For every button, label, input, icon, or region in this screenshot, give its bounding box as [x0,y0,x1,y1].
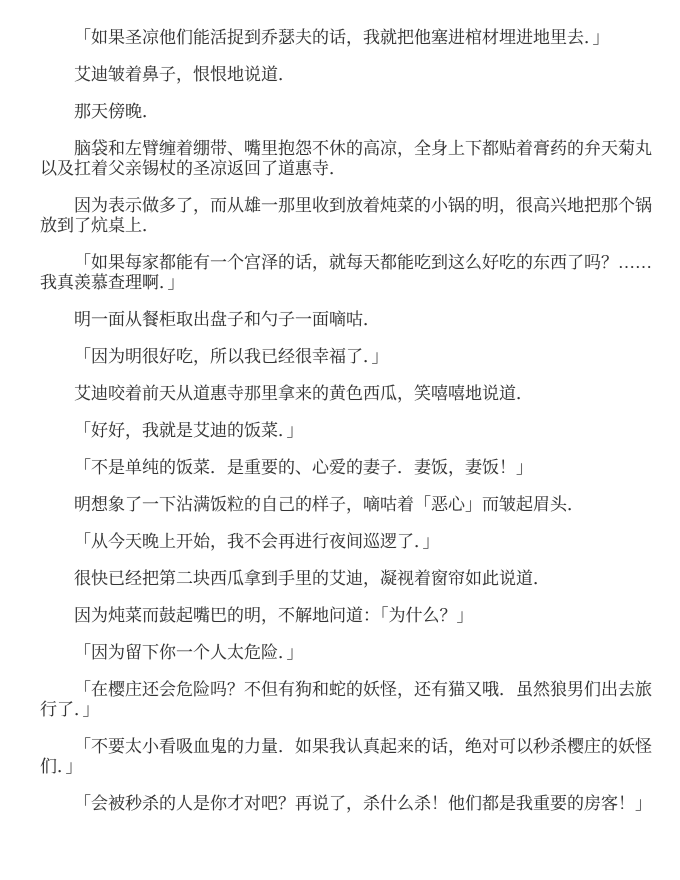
paragraph: 「如果圣凉他们能活捉到乔瑟夫的话，我就把他塞进棺材埋进地里去．」 [40,28,652,48]
paragraph: 艾迪咬着前天从道惠寺那里拿来的黄色西瓜，笑嘻嘻地说道． [40,384,652,404]
paragraph: 「不要太小看吸血鬼的力量．如果我认真起来的话，绝对可以秒杀樱庄的妖怪们．」 [40,737,652,777]
paragraph: 「因为明很好吃，所以我已经很幸福了．」 [40,347,652,367]
paragraph: 「因为留下你一个人太危险．」 [40,643,652,663]
paragraph: 脑袋和左臂缠着绷带、嘴里抱怨不休的高凉，全身上下都贴着膏药的弁天菊丸以及扛着父亲… [40,139,652,179]
paragraph: 那天傍晚． [40,102,652,122]
paragraph: 「从今天晚上开始，我不会再进行夜间巡逻了．」 [40,532,652,552]
paragraph: 很快已经把第二块西瓜拿到手里的艾迪，凝视着窗帘如此说道． [40,569,652,589]
paragraph: 「如果每家都能有一个宫泽的话，就每天都能吃到这么好吃的东西了吗？……我真羡慕查理… [40,253,652,293]
paragraph: 明想象了一下沾满饭粒的自己的样子，嘀咕着「恶心」而皱起眉头． [40,495,652,515]
paragraph: 明一面从餐柜取出盘子和勺子一面嘀咕． [40,310,652,330]
paragraph: 「在樱庄还会危险吗？不但有狗和蛇的妖怪，还有猫又哦．虽然狼男们出去旅行了．」 [40,680,652,720]
paragraph: 「会被秒杀的人是你才对吧？再说了，杀什么杀！他们都是我重要的房客！」 [40,794,652,814]
paragraph: 「不是单纯的饭菜．是重要的、心爱的妻子．妻饭，妻饭！」 [40,458,652,478]
paragraph: 因为表示做多了，而从雄一那里收到放着炖菜的小锅的明，很高兴地把那个锅放到了炕桌上… [40,196,652,236]
novel-page: 「如果圣凉他们能活捉到乔瑟夫的话，我就把他塞进棺材埋进地里去．」 艾迪皱着鼻子，… [0,0,680,880]
paragraph: 因为炖菜而鼓起嘴巴的明，不解地问道：「为什么？」 [40,606,652,626]
paragraph: 艾迪皱着鼻子，恨恨地说道． [40,65,652,85]
paragraph: 「好好，我就是艾迪的饭菜．」 [40,421,652,441]
